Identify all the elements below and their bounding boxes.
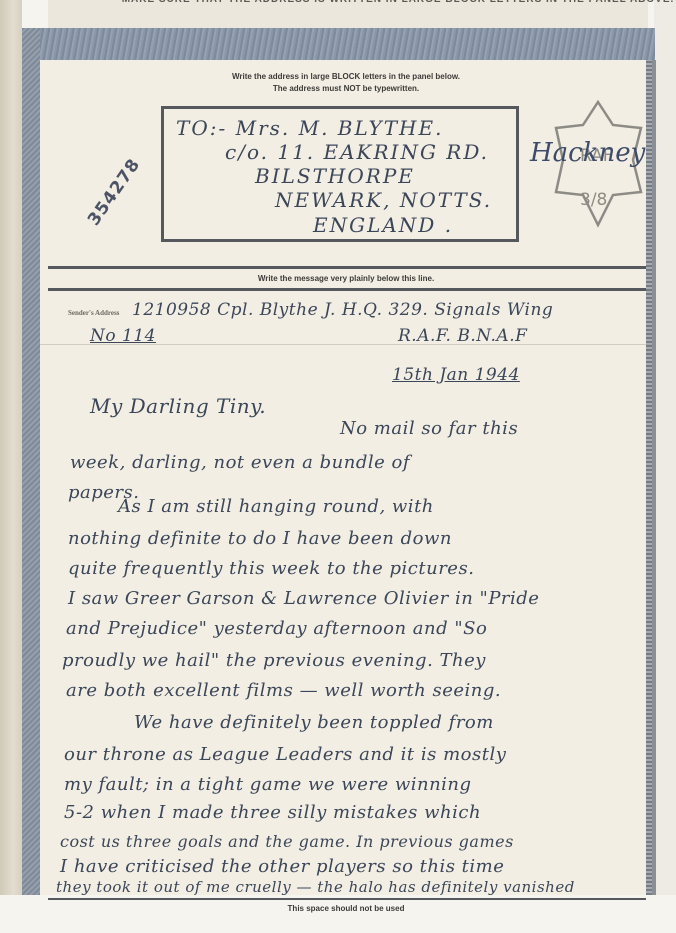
censor-signature: Hackney: [530, 138, 645, 168]
top-fold-instruction: MAKE SURE THAT THE ADDRESS IS WRITTEN IN…: [108, 0, 676, 5]
address-line-4: NEWARK, NOTTS.: [275, 188, 492, 212]
censor-stamp-bottom: 3/8: [580, 190, 607, 210]
sheet-edge-right: [654, 0, 676, 895]
letter-line: We have definitely been toppled from: [134, 712, 494, 733]
top-fold-flap: MAKE SURE THAT THE ADDRESS IS WRITTEN IN…: [48, 0, 648, 30]
right-border-rail: [646, 60, 652, 895]
sender-address-label: Sender's Address: [68, 309, 119, 317]
address-line-5: ENGLAND .: [313, 213, 453, 237]
sender-line-2: R.A.F. B.N.A.F: [398, 326, 527, 346]
letter-line: week, darling, not even a bundle of: [70, 452, 410, 473]
footer-instruction: This space should not be used: [40, 904, 652, 913]
letter-date: 15th Jan 1944: [392, 365, 520, 385]
letter-line: nothing definite to do I have been down: [68, 528, 452, 549]
left-border-rail: [22, 28, 40, 895]
letter-line: proudly we hail" the previous evening. T…: [62, 650, 486, 671]
letter-line: I have criticised the other players so t…: [60, 856, 504, 877]
sheet-edge-left: [0, 0, 22, 895]
letter-line: my fault; in a tight game we were winnin…: [64, 774, 472, 795]
letter-salutation: My Darling Tiny.: [90, 394, 266, 418]
rule-footer: [48, 898, 646, 900]
letter-line: As I am still hanging round, with: [118, 496, 434, 517]
rule-message: [48, 288, 646, 291]
message-instruction: Write the message very plainly below thi…: [40, 274, 652, 283]
letter-line: our throne as League Leaders and it is m…: [64, 744, 506, 765]
letter-line: are both excellent films — well worth se…: [66, 680, 501, 701]
address-line-2: c/o. 11. EAKRING RD.: [225, 140, 489, 164]
letter-line: 5-2 when I made three silly mistakes whi…: [64, 802, 481, 823]
fold-crease: [40, 344, 652, 345]
sender-line-1: 1210958 Cpl. Blythe J. H.Q. 329. Signals…: [132, 300, 553, 320]
blue-border-band: [22, 28, 655, 62]
address-line-3: BILSTHORPE: [255, 164, 415, 188]
address-instruction-2: The address must NOT be typewritten.: [40, 84, 652, 93]
letter-number: No 114: [90, 326, 156, 346]
letter-line: quite frequently this week to the pictur…: [68, 558, 474, 579]
letter-line: and Prejudice" yesterday afternoon and "…: [66, 618, 487, 639]
letter-line: they took it out of me cruelly — the hal…: [56, 878, 575, 896]
letter-line: No mail so far this: [340, 418, 518, 439]
letter-line: cost us three goals and the game. In pre…: [60, 832, 514, 851]
rule-top: [48, 266, 646, 269]
address-instruction-1: Write the address in large BLOCK letters…: [40, 72, 652, 81]
letter-line: I saw Greer Garson & Lawrence Olivier in…: [68, 588, 539, 609]
address-line-1: TO:- Mrs. M. BLYTHE.: [176, 116, 443, 140]
